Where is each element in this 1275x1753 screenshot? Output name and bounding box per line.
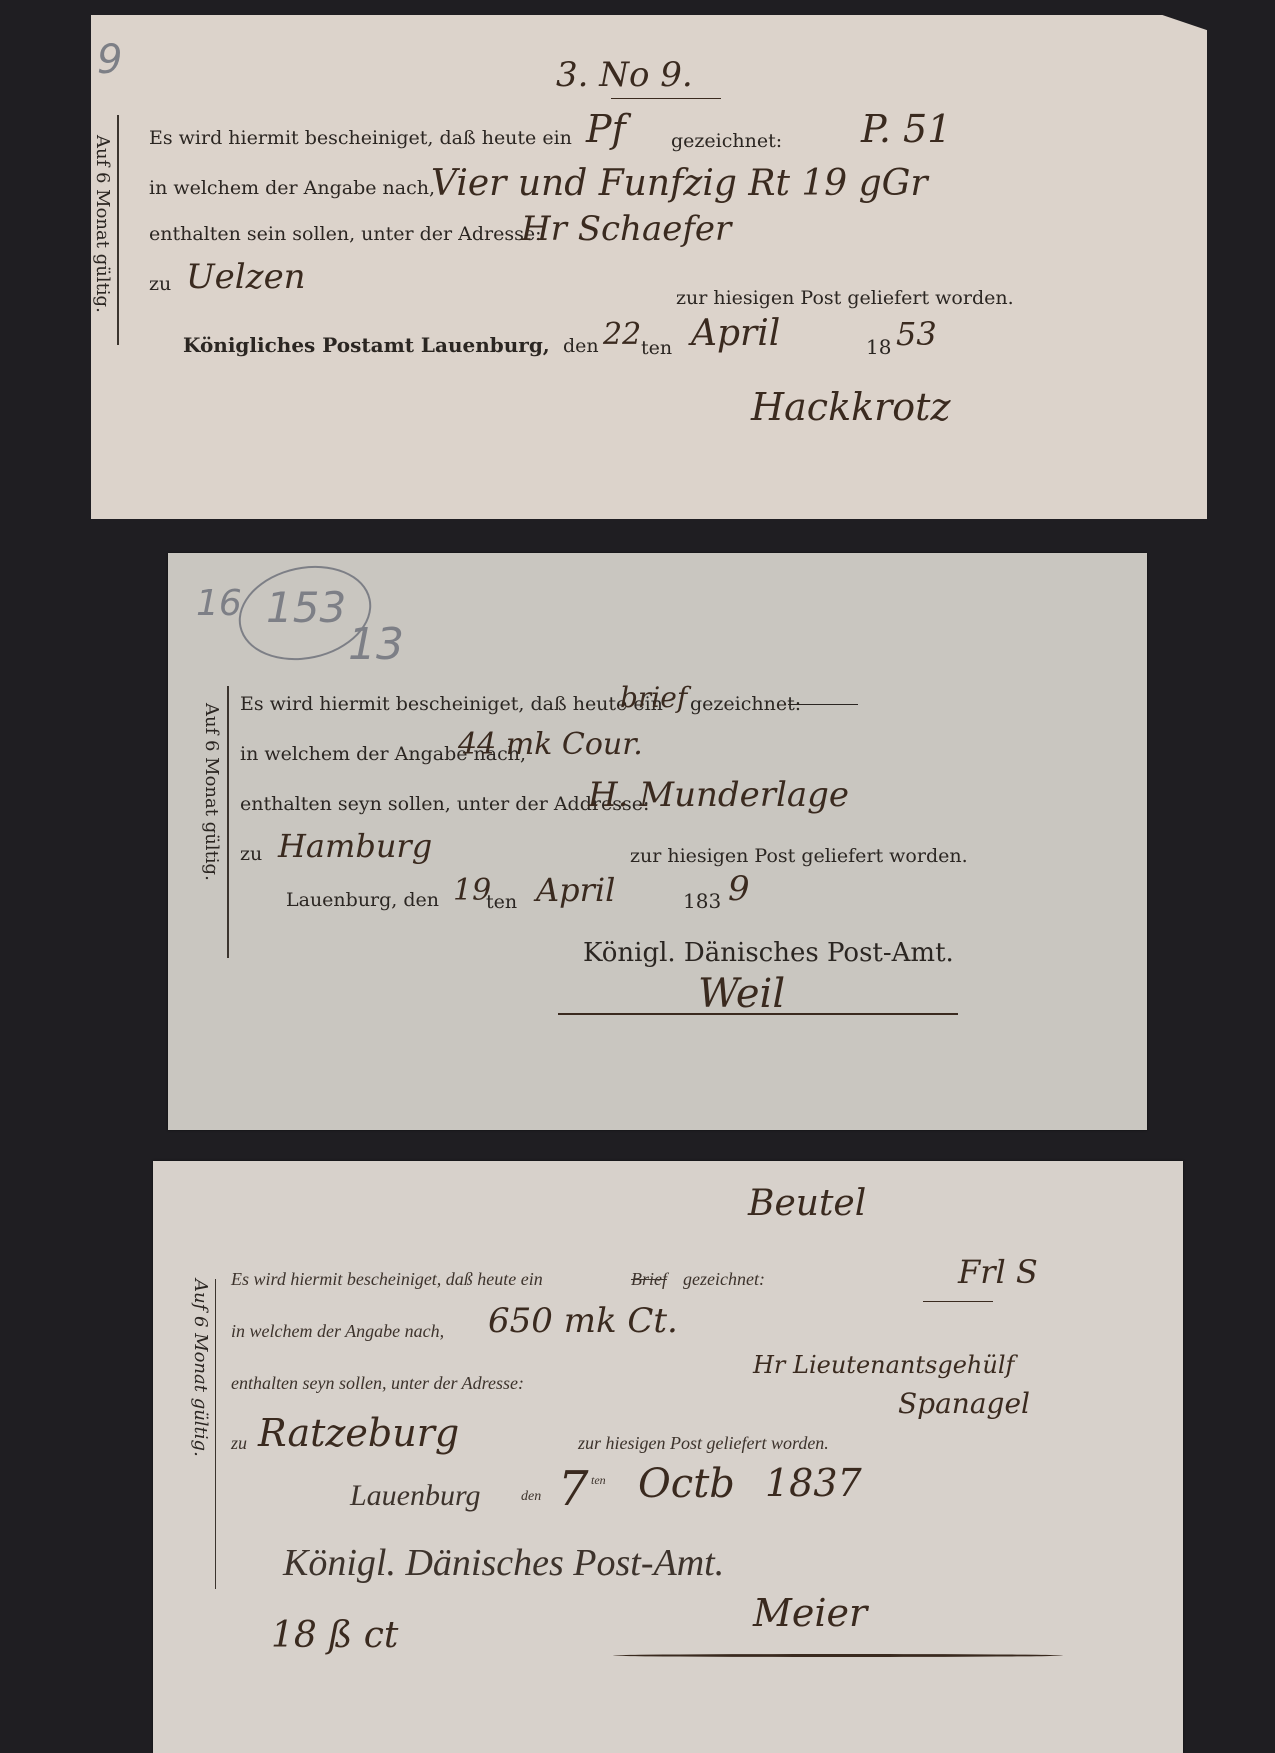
fee-notation: 18 ß ct [271, 1615, 398, 1656]
postamt-label: Königliches Postamt Lauenburg, [183, 333, 550, 357]
line4-prefix: zu [231, 1433, 247, 1454]
year-suffix: 53 [896, 315, 937, 353]
side-bracket [215, 1279, 216, 1589]
pencil-corner-number: 9 [97, 37, 122, 83]
line3-prefix: enthalten seyn sollen, unter der Adresse… [231, 1373, 524, 1394]
line3-address-line1: Hr Lieutenantsgehülf [753, 1351, 1014, 1379]
ten-label: ten [641, 337, 672, 359]
line2-value: 650 mk Ct. [488, 1301, 678, 1341]
line3-prefix: enthalten sein sollen, unter der Adresse… [149, 223, 542, 245]
place-label: Lauenburg [350, 1479, 481, 1513]
pencil-circled-number: 153 [266, 583, 346, 632]
line4-place: Ratzeburg [258, 1411, 459, 1455]
line2-value: Vier und Funfzig Rt 19 gGr [431, 163, 928, 204]
line1-struck-word: Brief [631, 1269, 667, 1290]
date-month: Octb [638, 1461, 735, 1507]
date-day: 7 [558, 1461, 589, 1517]
date-year: 1837 [765, 1461, 862, 1505]
line1-prefix: Es wird hiermit bescheiniget, daß heute … [149, 127, 572, 149]
date-day: 22 [603, 317, 641, 352]
year-prefix: 18 [866, 335, 891, 359]
header-underline [611, 98, 721, 99]
post-office-label: Königl. Dänisches Post-Amt. [283, 1541, 724, 1585]
line4-place: Uelzen [186, 257, 306, 297]
line1-suffix: gezeichnet: [671, 130, 782, 152]
annotation-above: Beutel [748, 1183, 866, 1224]
line1-suffix: gezeichnet: [690, 693, 801, 715]
place-label: Lauenburg, den [286, 889, 439, 911]
side-rule [117, 115, 119, 345]
receipt-1839: 16 153 13 Auf 6 Monat gültig. Es wird hi… [168, 553, 1147, 1130]
signature-flourish [558, 1013, 958, 1015]
line1-prefix: Es wird hiermit bescheiniget, daß heute … [240, 693, 663, 715]
postmaster-signature: Weil [698, 971, 785, 1017]
line1-suffix: gezeichnet: [683, 1269, 765, 1290]
post-office-label: Königl. Dänisches Post-Amt. [583, 938, 954, 968]
line3-address-line2: Spanagel [898, 1387, 1030, 1420]
validity-side-label: Auf 6 Monat gültig. [190, 1279, 211, 1457]
line4-suffix: zur hiesigen Post geliefert worden. [578, 1433, 829, 1454]
mark-blank-line [788, 704, 858, 705]
postmaster-signature: Meier [753, 1591, 867, 1635]
line3-address: H. Munderlage [588, 775, 849, 815]
pencil-lower-number: 13 [348, 619, 404, 670]
receipt-1837: Beutel Auf 6 Monat gültig. Es wird hierm… [153, 1161, 1183, 1753]
line1-item: brief [620, 681, 687, 714]
line1-item: Pf [586, 107, 626, 151]
line1-prefix: Es wird hiermit bescheiniget, daß heute … [231, 1269, 543, 1290]
handwritten-header-number: 3. No 9. [556, 55, 693, 95]
line2-value: 44 mk Cour. [458, 727, 643, 762]
line4-suffix: zur hiesigen Post geliefert worden. [630, 845, 968, 867]
line4-suffix: zur hiesigen Post geliefert worden. [676, 287, 1014, 309]
line1-mark: P. 51 [861, 107, 951, 151]
side-rule [227, 686, 229, 958]
line2-prefix: in welchem der Angabe nach, [231, 1321, 444, 1342]
validity-side-label: Auf 6 Monat gültig. [92, 135, 113, 313]
date-month: April [691, 313, 780, 354]
line4-place: Hamburg [278, 827, 432, 865]
den-label: den [521, 1489, 541, 1505]
line2-prefix: in welchem der Angabe nach, [149, 177, 435, 199]
line4-prefix: zu [149, 273, 171, 295]
postmaster-signature: Hackkrotz [751, 385, 950, 429]
year-prefix: 183 [683, 889, 721, 913]
year-suffix: 9 [728, 869, 750, 909]
validity-side-label: Auf 6 Monat gültig. [201, 703, 222, 881]
ten-label: ten [591, 1473, 606, 1488]
signature-flourish [613, 1654, 1063, 1657]
line3-address: Hr Schaefer [521, 209, 731, 249]
line1-mark: Frl S [958, 1253, 1038, 1291]
ten-label: ten [486, 891, 517, 913]
mark-underline [923, 1301, 993, 1302]
line4-prefix: zu [240, 843, 262, 865]
date-month: April [536, 871, 615, 909]
pencil-left-number: 16 [196, 583, 242, 624]
receipt-1853: 9 3. No 9. Auf 6 Monat gültig. Es wird h… [91, 15, 1207, 519]
den-label: den [563, 335, 599, 357]
